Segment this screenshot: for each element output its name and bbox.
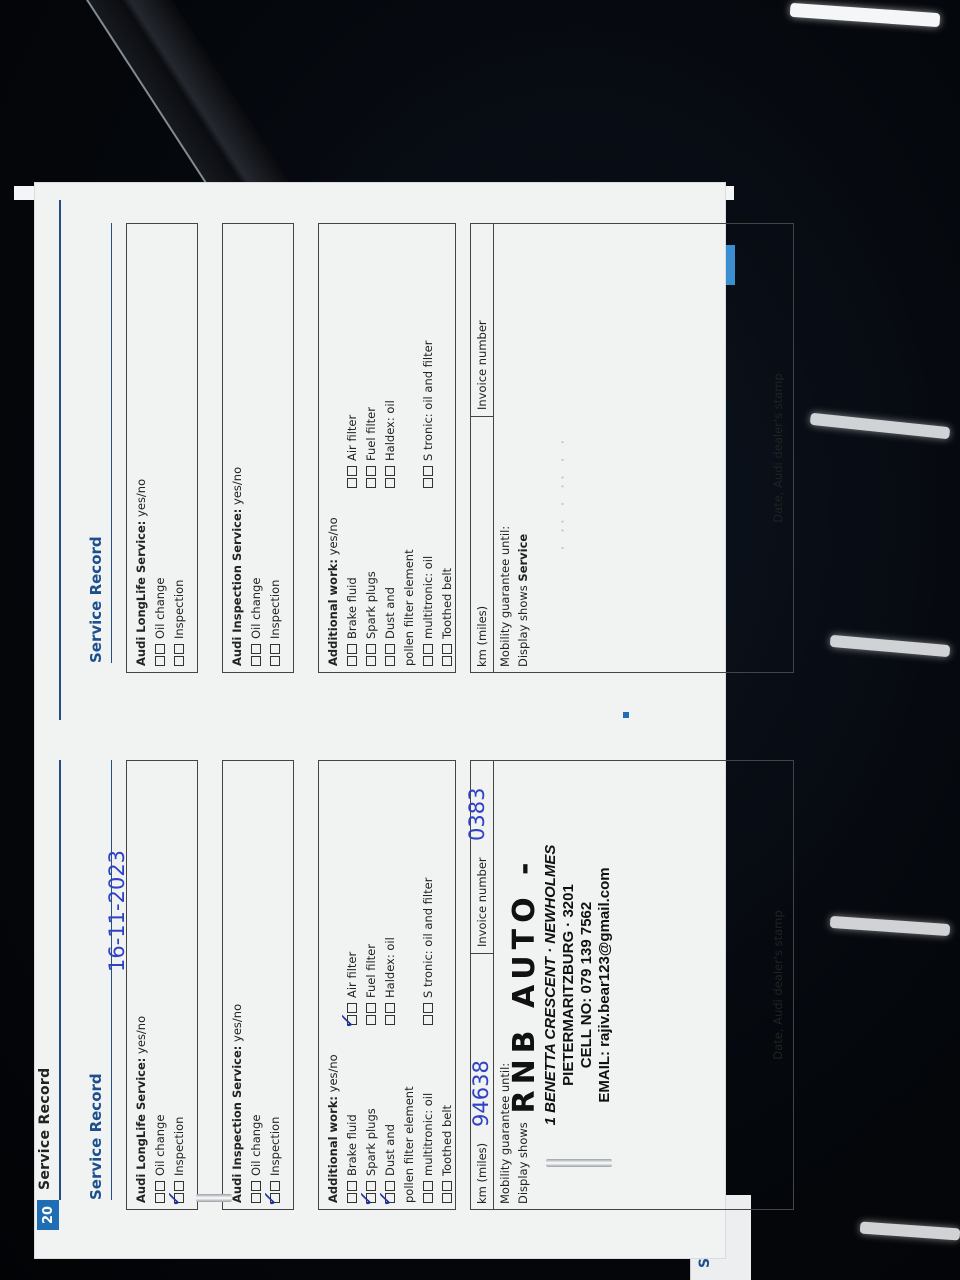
service-booklet-page: 20 Service Record Service Record 16-11-2…: [35, 183, 725, 1258]
item-label: Inspection: [172, 580, 186, 639]
mileage-stamp-box: km (miles)94638 Invoice number0383 Mobil…: [470, 760, 794, 1210]
header-title: Service Record: [37, 1068, 53, 1190]
item-label: multitronic: oil: [421, 556, 435, 639]
checkbox[interactable]: [174, 644, 184, 654]
checkbox[interactable]: [423, 644, 433, 654]
checkbox[interactable]: [366, 644, 376, 654]
checkbox[interactable]: [423, 1003, 433, 1013]
checkbox[interactable]: [155, 644, 165, 654]
item-label: Inspection: [268, 580, 282, 639]
header-rule: [59, 760, 61, 1200]
item-label: Fuel filter: [364, 407, 378, 461]
display-value: Service: [516, 534, 530, 582]
faded-stamp-bleedthrough: · ·· · ·· · ·: [556, 437, 571, 552]
dealer-cell: CELL NO: 079 139 7562: [578, 761, 596, 1209]
dealer-email: EMAIL: rajiv.bear123@gmail.com: [596, 761, 614, 1209]
item-label: S tronic: oil and filter: [421, 341, 435, 461]
checkbox[interactable]: [366, 466, 376, 476]
dealer-stamp: RNB AUTO - 1 BENETTA CRESCENT · NEWHOLME…: [507, 761, 614, 1209]
longlife-service-box: Audi LongLife Service: yes/no Oil change…: [126, 223, 198, 673]
yes-no: yes/no: [326, 1054, 340, 1092]
page-marker: [623, 712, 629, 718]
checkbox[interactable]: [442, 1193, 452, 1203]
checkbox[interactable]: [385, 466, 395, 476]
checkbox[interactable]: [366, 1003, 376, 1013]
longlife-heading: Audi LongLife Service:: [134, 521, 148, 666]
additional-work-box: Additional work: yes/no Brake fluid ✓Air…: [318, 760, 456, 1210]
check-mark-icon: ✓: [256, 1189, 282, 1209]
checkbox[interactable]: [423, 1193, 433, 1203]
additional-heading: Additional work:: [326, 1096, 340, 1203]
item-label: pollen filter element: [402, 1086, 416, 1203]
invoice-label: Invoice number: [475, 857, 489, 947]
km-label: km (miles): [475, 606, 489, 667]
checkbox[interactable]: [442, 1181, 452, 1191]
mileage-stamp-box: km (miles) Invoice number Mobility guara…: [470, 223, 794, 673]
checkbox[interactable]: [366, 656, 376, 666]
checkbox[interactable]: [251, 644, 261, 654]
record-title: Service Record: [87, 223, 112, 663]
mobility-label: Mobility guarantee until:: [496, 224, 514, 672]
right-service-record: Service Record Audi LongLife Service: ye…: [87, 223, 794, 673]
stamp-caption: Date, Audi dealer's stamp: [771, 224, 785, 672]
checkbox[interactable]: [423, 1181, 433, 1191]
display-label: Display shows: [516, 585, 530, 667]
item-label: Haldex: oil: [383, 937, 397, 998]
checkbox[interactable]: [385, 478, 395, 488]
dealer-brand: RNB AUTO -: [507, 761, 542, 1209]
item-label: Fuel filter: [364, 944, 378, 998]
handwritten-date: 16-11-2023: [105, 850, 129, 972]
item-label: pollen filter element: [402, 549, 416, 666]
item-label: Oil change: [249, 1115, 263, 1176]
check-mark-icon: ✓: [333, 1011, 359, 1031]
inspection-service-box: Audi Inspection Service: yes/no Oil chan…: [222, 760, 294, 1210]
left-service-record: Service Record 16-11-2023 Audi LongLife …: [87, 760, 794, 1210]
staple: [576, 1159, 612, 1167]
checkbox[interactable]: [423, 656, 433, 666]
handwritten-km: 94638: [469, 1060, 493, 1127]
check-mark-icon: ✓: [371, 1189, 397, 1209]
item-label: Oil change: [249, 578, 263, 639]
inspection-heading: Audi Inspection Service:: [230, 1046, 244, 1203]
item-label: Spark plugs: [364, 1108, 378, 1176]
item-label: Air filter: [345, 415, 359, 461]
checkbox[interactable]: [347, 656, 357, 666]
checkbox[interactable]: [174, 656, 184, 666]
checkbox[interactable]: [251, 656, 261, 666]
checkbox[interactable]: [423, 466, 433, 476]
yes-no: yes/no: [326, 517, 340, 555]
checkbox[interactable]: [385, 656, 395, 666]
checkbox[interactable]: [270, 644, 280, 654]
item-label: Spark plugs: [364, 571, 378, 639]
yes-no: yes/no: [230, 1004, 244, 1042]
yes-no: yes/no: [230, 467, 244, 505]
longlife-service-box: Audi LongLife Service: yes/no Oil change…: [126, 760, 198, 1210]
light-reflection: [830, 916, 951, 936]
checkbox[interactable]: [385, 644, 395, 654]
dealer-address-2: PIETERMARITZBURG · 3201: [560, 761, 578, 1209]
invoice-label: Invoice number: [475, 320, 489, 410]
checkbox[interactable]: [385, 1015, 395, 1025]
yes-no: yes/no: [134, 1016, 148, 1054]
light-reflection: [860, 1222, 960, 1241]
checkbox[interactable]: [347, 466, 357, 476]
header-rule-right: [59, 200, 61, 720]
yes-no: yes/no: [134, 479, 148, 517]
checkbox[interactable]: [155, 656, 165, 666]
next-page-title-fragment: S: [697, 1258, 713, 1268]
additional-heading: Additional work:: [326, 559, 340, 666]
additional-work-box: Additional work: yes/no Brake fluid Air …: [318, 223, 456, 673]
item-label: Oil change: [153, 1115, 167, 1176]
km-label: km (miles): [475, 1143, 489, 1204]
item-label: Inspection: [172, 1117, 186, 1176]
page-number: 20: [37, 1200, 59, 1230]
staple: [196, 1194, 232, 1202]
page-sheet: 20 Service Record Service Record 16-11-2…: [35, 183, 725, 1258]
stamp-caption: Date, Audi dealer's stamp: [771, 761, 785, 1209]
item-label: Brake fluid: [345, 577, 359, 639]
page-header: 20 Service Record: [35, 183, 57, 1258]
light-reflection: [830, 635, 951, 657]
inspection-service-box: Audi Inspection Service: yes/no Oil chan…: [222, 223, 294, 673]
item-label: S tronic: oil and filter: [421, 878, 435, 998]
item-label: Dust and: [383, 1124, 397, 1176]
item-label: Toothed belt: [440, 1105, 454, 1176]
handwritten-invoice: 0383: [465, 788, 489, 841]
check-mark-icon: ✓: [160, 1189, 186, 1209]
checkbox[interactable]: [270, 656, 280, 666]
item-label: Toothed belt: [440, 568, 454, 639]
checkbox[interactable]: [442, 644, 452, 654]
item-label: Haldex: oil: [383, 400, 397, 461]
inspection-heading: Audi Inspection Service:: [230, 509, 244, 666]
item-label: Inspection: [268, 1117, 282, 1176]
checkbox[interactable]: [366, 478, 376, 488]
checkbox[interactable]: [385, 1003, 395, 1013]
checkbox[interactable]: [423, 478, 433, 488]
light-reflection: [810, 413, 950, 440]
item-label: Air filter: [345, 952, 359, 998]
item-label: multitronic: oil: [421, 1093, 435, 1176]
item-label: Oil change: [153, 578, 167, 639]
checkbox[interactable]: [423, 1015, 433, 1025]
dealer-address-1: 1 BENETTA CRESCENT · NEWHOLMES: [542, 761, 560, 1209]
light-reflection: [790, 3, 941, 27]
checkbox[interactable]: [347, 478, 357, 488]
item-label: Brake fluid: [345, 1114, 359, 1176]
checkbox[interactable]: [347, 644, 357, 654]
checkbox[interactable]: [442, 656, 452, 666]
checkbox[interactable]: [366, 1015, 376, 1025]
item-label: Dust and: [383, 587, 397, 639]
longlife-heading: Audi LongLife Service:: [134, 1058, 148, 1203]
record-title: Service Record: [87, 760, 112, 1200]
